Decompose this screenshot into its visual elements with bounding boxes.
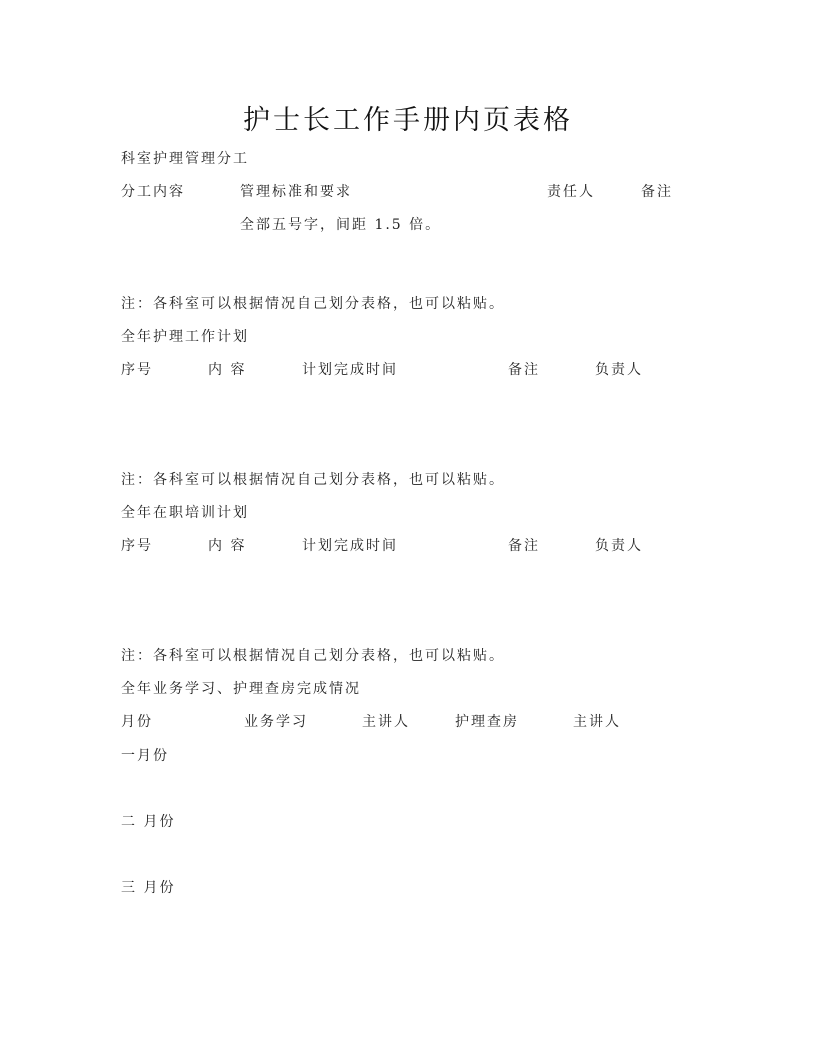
footnote: 注：各科室可以根据情况自己划分表格，也可以粘贴。 xyxy=(121,295,505,313)
column-header-business-study: 业务学习 xyxy=(244,713,308,731)
column-header-planned-time: 计划完成时间 xyxy=(302,537,398,555)
column-header-remarks: 备注 xyxy=(641,183,673,201)
column-header-person-in-charge: 负责人 xyxy=(595,361,643,379)
column-header-standards: 管理标准和要求 xyxy=(240,183,352,201)
column-header-planned-time: 计划完成时间 xyxy=(302,361,398,379)
format-note: 全部五号字，间距 1.5 倍。 xyxy=(240,216,441,234)
row-label-february: 二 月份 xyxy=(121,813,175,831)
row-label-march: 三 月份 xyxy=(121,879,175,897)
section-heading-annual-training-plan: 全年在职培训计划 xyxy=(121,504,249,522)
column-header-lecturer-2: 主讲人 xyxy=(573,713,621,731)
column-header-responsible: 责任人 xyxy=(547,183,595,201)
column-header-content: 内 容 xyxy=(208,537,246,555)
column-header-work-content: 分工内容 xyxy=(121,183,185,201)
column-header-person-in-charge: 负责人 xyxy=(595,537,643,555)
column-header-remarks: 备注 xyxy=(508,537,540,555)
column-header-month: 月份 xyxy=(121,713,153,731)
section-heading-annual-nursing-plan: 全年护理工作计划 xyxy=(121,328,249,346)
section-heading-study-and-rounds: 全年业务学习、护理查房完成情况 xyxy=(121,680,361,698)
column-header-content: 内 容 xyxy=(208,361,246,379)
document-page: 护士长工作手册内页表格 科室护理管理分工 分工内容 管理标准和要求 责任人 备注… xyxy=(0,0,816,1056)
column-header-nursing-rounds: 护理查房 xyxy=(455,713,519,731)
row-label-january: 一月份 xyxy=(121,747,169,765)
column-header-lecturer: 主讲人 xyxy=(362,713,410,731)
section-heading-division-of-work: 科室护理管理分工 xyxy=(121,150,249,168)
column-header-serial: 序号 xyxy=(121,361,153,379)
footnote: 注：各科室可以根据情况自己划分表格，也可以粘贴。 xyxy=(121,471,505,489)
column-header-remarks: 备注 xyxy=(508,361,540,379)
footnote: 注：各科室可以根据情况自己划分表格，也可以粘贴。 xyxy=(121,647,505,665)
column-header-serial: 序号 xyxy=(121,537,153,555)
document-title: 护士长工作手册内页表格 xyxy=(0,98,816,137)
